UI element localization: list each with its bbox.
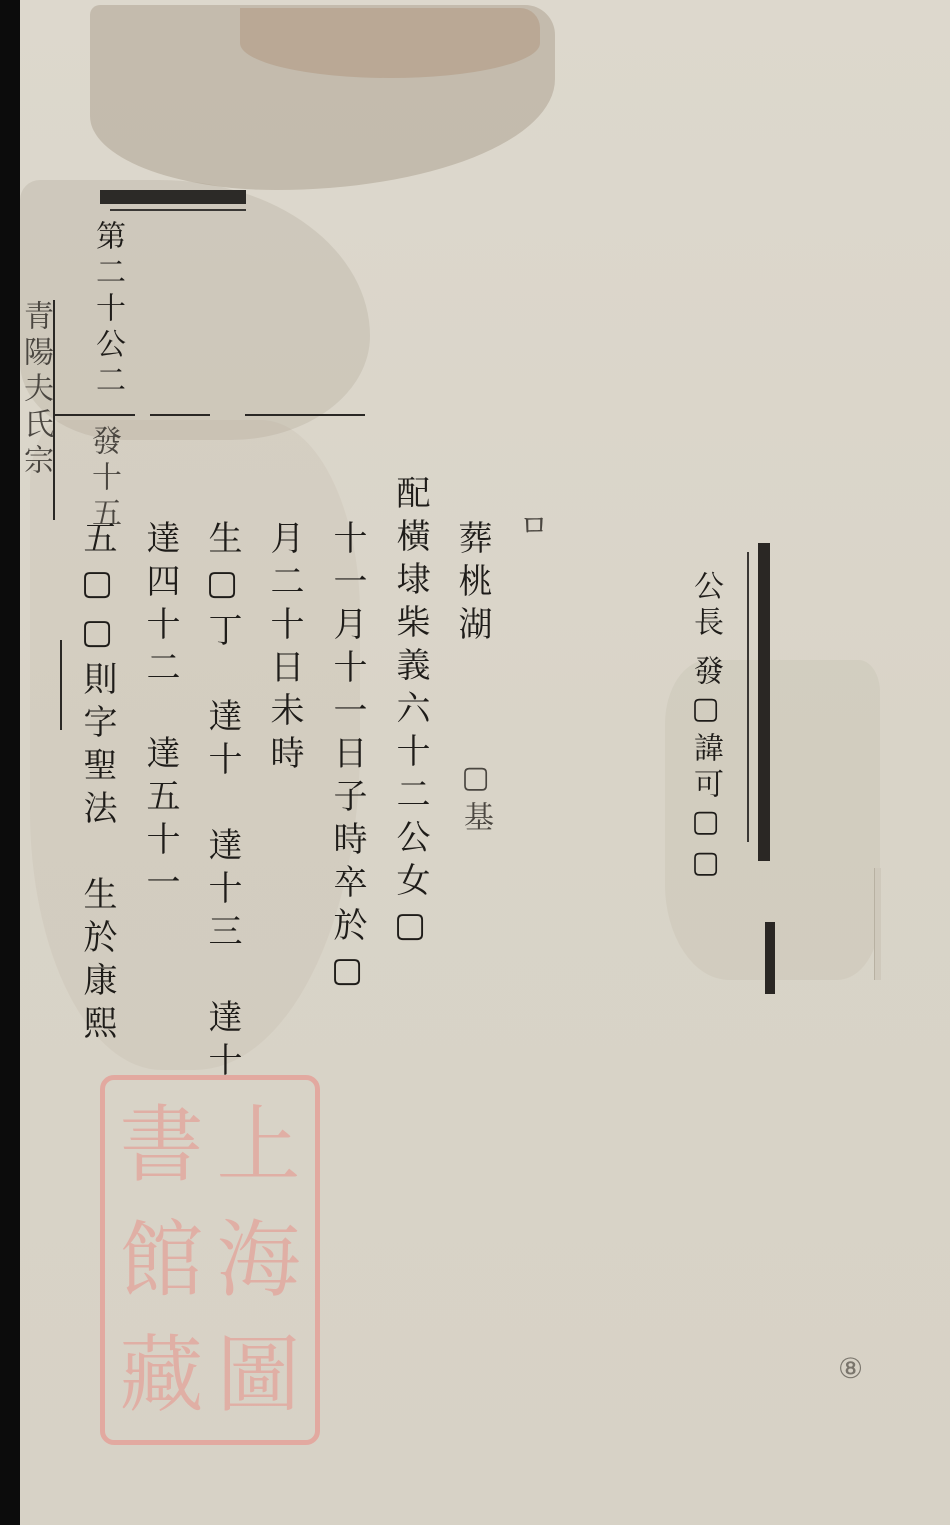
margin-rule	[53, 300, 55, 520]
text-column: 達四十二 達五十一	[143, 520, 177, 907]
text-column: 五▢▢則字聖法 生於康熙	[80, 520, 114, 1048]
frame-rule	[747, 552, 749, 842]
seal-char: 書	[113, 1088, 210, 1203]
text-column: 發▢諱可▢▢	[690, 655, 720, 886]
seal-char: 海	[210, 1203, 307, 1318]
text-column: 月二十日未時	[267, 520, 301, 778]
text-column: ㅁ	[515, 510, 545, 546]
text-column: 生▢丁 達十 達十三 達十	[205, 520, 239, 1085]
divider-rule	[245, 414, 365, 416]
margin-rule	[60, 640, 62, 730]
text-column: 葬桃湖	[455, 520, 489, 649]
library-seal: 書 上 館 海 藏 圖	[100, 1075, 320, 1445]
divider-rule	[150, 414, 210, 416]
lineage-start: 發十五	[88, 425, 118, 533]
text-column: 配橫埭柴義六十二公女▢	[393, 475, 427, 954]
seal-char: 館	[113, 1203, 210, 1318]
seal-char: 上	[210, 1088, 307, 1203]
divider-rule	[55, 414, 135, 416]
text-column: 公長	[690, 570, 720, 642]
seal-char: 圖	[210, 1317, 307, 1432]
page-number-mark: ⑧	[838, 1352, 863, 1385]
header-rule	[110, 209, 246, 211]
frame-bar	[758, 543, 770, 861]
water-stain	[20, 180, 370, 440]
text-column: 十一月十一日子時卒於▢	[330, 520, 364, 999]
paper-edge	[874, 868, 881, 980]
document-page: 青陽夫氏宗 第二十公二 發十五 公長 發▢諱可▢▢ ㅁ 葬桃湖 ▢基 配橫埭柴義…	[0, 0, 950, 1525]
book-title: 青陽夫氏宗	[20, 300, 50, 480]
header-bar	[100, 190, 246, 204]
binding-edge	[0, 0, 20, 1525]
frame-bar	[765, 922, 775, 994]
text-column: ▢基	[460, 760, 490, 837]
seal-char: 藏	[113, 1317, 210, 1432]
generation-label: 第二十公二	[92, 220, 122, 400]
water-stain	[240, 8, 540, 78]
